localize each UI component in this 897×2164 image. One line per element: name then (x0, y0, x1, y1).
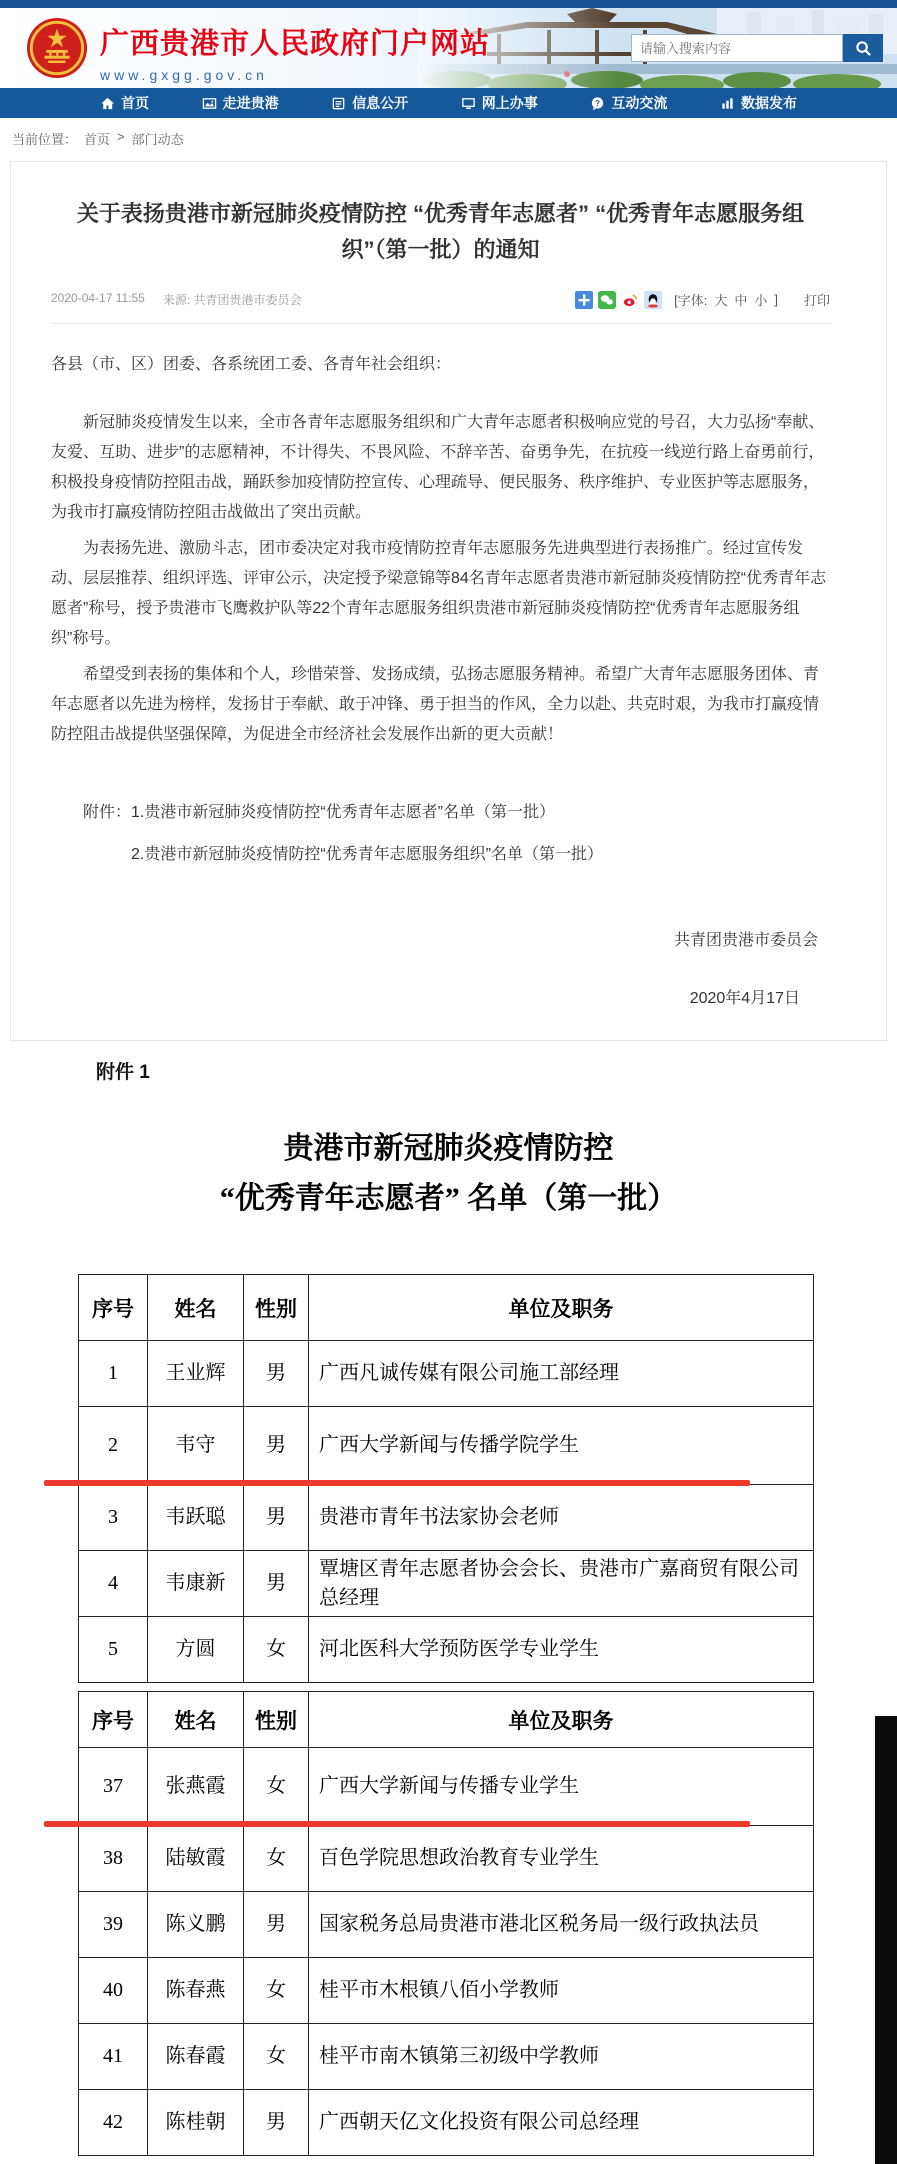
cell-unit: 广西大学新闻与传播专业学生 (309, 1748, 814, 1826)
table-row: 1王业辉男广西凡诚传媒有限公司施工部经理 (79, 1341, 814, 1407)
cell-sex: 男 (244, 1892, 309, 1958)
table-row: 3韦跃聪男贵港市青年书法家协会老师 (79, 1485, 814, 1551)
cell-name: 陈春霞 (148, 2024, 244, 2090)
print-button[interactable]: 打印 (804, 290, 830, 309)
search-input[interactable] (631, 34, 843, 62)
table-header-row: 序号姓名性别单位及职务 (79, 1692, 814, 1748)
attachment-doc-title: 贵港市新冠肺炎疫情防控 “优秀青年志愿者” 名单（第一批） (0, 1124, 897, 1224)
nav-item-label: 互动交流 (611, 93, 667, 113)
table-row: 39陈义鹏男国家税务总局贵港市港北区税务局一级行政执法员 (79, 1892, 814, 1958)
doc-title-line-2: “优秀青年志愿者” 名单（第一批） (0, 1174, 897, 1224)
nav-item-4[interactable]: ? 互动交流 (590, 93, 667, 113)
cell-name: 陈义鹏 (148, 1892, 244, 1958)
cell-unit: 河北医科大学预防医学专业学生 (309, 1617, 814, 1683)
column-header: 单位及职务 (309, 1692, 814, 1748)
cell-sex: 女 (244, 1748, 309, 1826)
cell-sex: 男 (244, 1551, 309, 1617)
doc-title-line-1: 贵港市新冠肺炎疫情防控 (0, 1124, 897, 1174)
font-size-large[interactable]: 大 (714, 290, 727, 309)
table-row: 5方圆女河北医科大学预防医学专业学生 (79, 1617, 814, 1683)
attachment-doc-label: 附件 1 (96, 1057, 897, 1084)
article: 关于表扬贵港市新冠肺炎疫情防控 “优秀青年志愿者” “优秀青年志愿服务组织”（第… (10, 161, 887, 1041)
cell-unit: 广西大学新闻与传播学院学生 (309, 1407, 814, 1485)
column-header: 姓名 (148, 1275, 244, 1341)
cell-name: 韦跃聪 (148, 1485, 244, 1551)
cell-unit: 广西朝天亿文化投资有限公司总经理 (309, 2090, 814, 2156)
cell-name: 陈春燕 (148, 1958, 244, 2024)
cell-name: 王业辉 (148, 1341, 244, 1407)
column-header: 单位及职务 (309, 1275, 814, 1341)
roster-tables: 序号姓名性别单位及职务 1王业辉男广西凡诚传媒有限公司施工部经理2韦守男广西大学… (78, 1274, 814, 2156)
column-header: 性别 (244, 1692, 309, 1748)
search-icon (855, 40, 872, 57)
breadcrumb: 当前位置： 首页 > 部门动态 (0, 118, 897, 156)
breadcrumb-current[interactable]: 部门动态 (132, 129, 184, 148)
cell-sex: 女 (244, 2024, 309, 2090)
nav-item-label: 数据发布 (741, 93, 797, 113)
cell-number: 40 (79, 1958, 148, 2024)
share-buttons (575, 291, 662, 309)
cell-unit: 桂平市木根镇八佰小学教师 (309, 1958, 814, 2024)
site-identity: 广西贵港市人民政府门户网站 www.gxgg.gov.cn (100, 21, 490, 83)
cell-number: 5 (79, 1617, 148, 1683)
chart-icon (720, 96, 735, 111)
wechat-icon[interactable] (598, 291, 616, 309)
cell-unit: 贵港市青年书法家协会老师 (309, 1485, 814, 1551)
roster-table: 序号姓名性别单位及职务 37张燕霞女广西大学新闻与传播专业学生38陆敏霞女百色学… (78, 1691, 814, 2156)
cell-unit: 百色学院思想政治教育专业学生 (309, 1826, 814, 1892)
column-header: 序号 (79, 1275, 148, 1341)
font-size-medium[interactable]: 中 (734, 290, 747, 309)
cell-unit: 广西凡诚传媒有限公司施工部经理 (309, 1341, 814, 1407)
paragraph: 为表扬先进、激励斗志，团市委决定对我市疫情防控青年志愿服务先进典型进行表扬推广。… (51, 534, 830, 654)
share-plus-icon[interactable] (575, 291, 593, 309)
cell-sex: 女 (244, 1958, 309, 2024)
site-header: 广西贵港市人民政府门户网站 www.gxgg.gov.cn (0, 8, 897, 88)
national-emblem-icon (26, 17, 88, 79)
breadcrumb-home[interactable]: 首页 (84, 129, 110, 148)
cell-name: 韦守 (148, 1407, 244, 1485)
document-icon (331, 96, 346, 111)
attachment-document: 附件 1 贵港市新冠肺炎疫情防控 “优秀青年志愿者” 名单（第一批） 序号姓名性… (0, 1041, 897, 2156)
table-row: 4韦康新男覃塘区青年志愿者协会会长、贵港市广嘉商贸有限公司总经理 (79, 1551, 814, 1617)
nav-item-0[interactable]: 首页 (100, 93, 149, 113)
cell-name: 陆敏霞 (148, 1826, 244, 1892)
table-row: 40陈春燕女桂平市木根镇八佰小学教师 (79, 1958, 814, 2024)
cell-name: 张燕霞 (148, 1748, 244, 1826)
top-strip (0, 0, 897, 8)
cell-number: 1 (79, 1341, 148, 1407)
nav-item-label: 首页 (121, 93, 149, 113)
search-button[interactable] (843, 34, 883, 62)
site-title: 广西贵港市人民政府门户网站 (100, 21, 490, 62)
cell-sex: 男 (244, 2090, 309, 2156)
cell-number: 4 (79, 1551, 148, 1617)
font-size-small[interactable]: 小 (754, 290, 767, 309)
cell-number: 42 (79, 2090, 148, 2156)
paragraph: 希望受到表扬的集体和个人，珍惜荣誉、发扬成绩，弘扬志愿服务精神。希望广大青年志愿… (51, 660, 830, 750)
publish-date: 2020-04-17 11:55 (51, 291, 145, 308)
cell-number: 39 (79, 1892, 148, 1958)
cell-sex: 男 (244, 1485, 309, 1551)
meta-right: [字体: 大 中 小 ] 打印 (575, 290, 830, 309)
font-label: [字体: (674, 290, 707, 309)
column-header: 性别 (244, 1275, 309, 1341)
table-row: 2韦守男广西大学新闻与传播学院学生 (79, 1407, 814, 1485)
breadcrumb-prefix: 当前位置： (12, 129, 77, 148)
column-header: 序号 (79, 1692, 148, 1748)
page: 广西贵港市人民政府门户网站 www.gxgg.gov.cn 首页 走进贵港 信息… (0, 0, 897, 2164)
cell-unit: 覃塘区青年志愿者协会会长、贵港市广嘉商贸有限公司总经理 (309, 1551, 814, 1617)
cell-number: 2 (79, 1407, 148, 1485)
roster-table: 序号姓名性别单位及职务 1王业辉男广西凡诚传媒有限公司施工部经理2韦守男广西大学… (78, 1274, 814, 1683)
svg-text:?: ? (595, 98, 600, 107)
cell-number: 38 (79, 1826, 148, 1892)
article-source: 来源: 共青团贵港市委员会 (163, 291, 302, 308)
cell-sex: 女 (244, 1617, 309, 1683)
font-label-close: ] (774, 292, 778, 307)
cell-name: 方圆 (148, 1617, 244, 1683)
font-size-control: [字体: 大 中 小 ] (674, 290, 778, 309)
table-header-row: 序号姓名性别单位及职务 (79, 1275, 814, 1341)
attachment-line-2: 2.贵港市新冠肺炎疫情防控“优秀青年志愿服务组织”名单（第一批） (131, 834, 830, 876)
cell-sex: 男 (244, 1341, 309, 1407)
cell-sex: 女 (244, 1826, 309, 1892)
image-icon (202, 96, 217, 111)
cell-number: 3 (79, 1485, 148, 1551)
site-url: www.gxgg.gov.cn (100, 67, 490, 83)
table-row: 38陆敏霞女百色学院思想政治教育专业学生 (79, 1826, 814, 1892)
article-meta: 2020-04-17 11:55 来源: 共青团贵港市委员会 (51, 290, 830, 324)
nav-item-label: 网上办事 (482, 93, 538, 113)
column-header: 姓名 (148, 1692, 244, 1748)
red-underline-annotation (44, 1821, 750, 1827)
table-row: 37张燕霞女广西大学新闻与传播专业学生 (79, 1748, 814, 1826)
article-body: 各县（市、区）团委、各系统团工委、各青年社会组织： 新冠肺炎疫情发生以来，全市各… (51, 350, 830, 1014)
home-icon (100, 96, 115, 111)
nav-item-1[interactable]: 走进贵港 (202, 93, 279, 113)
nav-item-label: 信息公开 (352, 93, 408, 113)
weibo-icon[interactable] (621, 291, 639, 309)
nav-item-label: 走进贵港 (223, 93, 279, 113)
attachment-line-1: 附件：1.贵港市新冠肺炎疫情防控“优秀青年志愿者”名单（第一批） (83, 792, 830, 834)
chat-icon: ? (590, 96, 605, 111)
right-edge-black-bar (875, 1716, 897, 2164)
breadcrumb-separator: > (117, 129, 125, 148)
attachment-list: 附件：1.贵港市新冠肺炎疫情防控“优秀青年志愿者”名单（第一批） 2.贵港市新冠… (83, 792, 830, 876)
nav-item-2[interactable]: 信息公开 (331, 93, 408, 113)
signature-org: 共青团贵港市委员会 (51, 926, 830, 956)
paragraph: 新冠肺炎疫情发生以来，全市各青年志愿服务组织和广大青年志愿者积极响应党的号召，大… (51, 408, 830, 528)
cell-unit: 国家税务总局贵港市港北区税务局一级行政执法员 (309, 1892, 814, 1958)
table-row: 42陈桂朝男广西朝天亿文化投资有限公司总经理 (79, 2090, 814, 2156)
search-bar (631, 34, 883, 62)
red-underline-annotation (44, 1480, 750, 1486)
signature-date: 2020年4月17日 (51, 984, 830, 1014)
cell-name: 陈桂朝 (148, 2090, 244, 2156)
meta-left: 2020-04-17 11:55 来源: 共青团贵港市委员会 (51, 291, 302, 308)
cell-name: 韦康新 (148, 1551, 244, 1617)
cell-number: 37 (79, 1748, 148, 1826)
salutation: 各县（市、区）团委、各系统团工委、各青年社会组织： (51, 350, 830, 380)
main-nav: 首页 走进贵港 信息公开 网上办事 ? 互动交流 数据发布 (0, 88, 897, 118)
cell-number: 41 (79, 2024, 148, 2090)
cell-unit: 桂平市南木镇第三初级中学教师 (309, 2024, 814, 2090)
qq-icon[interactable] (644, 291, 662, 309)
table-row: 41陈春霞女桂平市南木镇第三初级中学教师 (79, 2024, 814, 2090)
article-title: 关于表扬贵港市新冠肺炎疫情防控 “优秀青年志愿者” “优秀青年志愿服务组织”（第… (75, 196, 806, 268)
computer-icon (461, 96, 476, 111)
cell-sex: 男 (244, 1407, 309, 1485)
nav-item-5[interactable]: 数据发布 (720, 93, 797, 113)
nav-item-3[interactable]: 网上办事 (461, 93, 538, 113)
